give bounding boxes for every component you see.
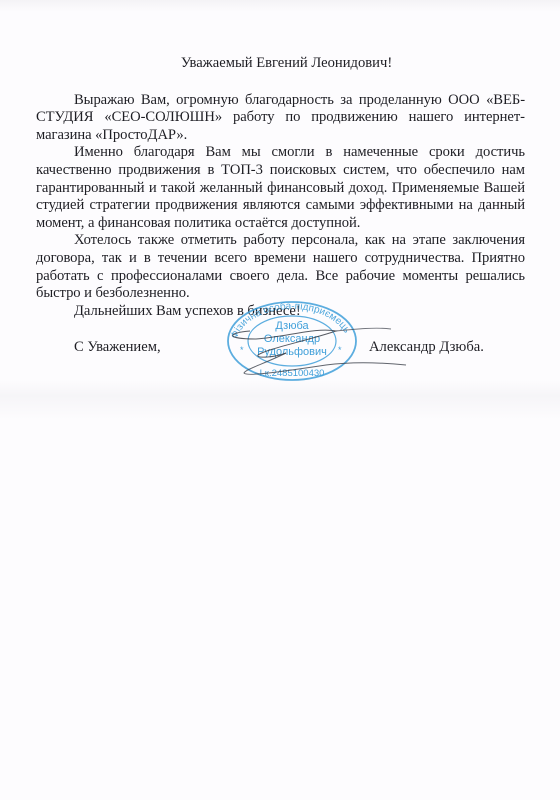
signer-name: Александр Дзюба.: [369, 339, 484, 357]
letter-page: Уважаемый Евгений Леонидович! Выражаю Ва…: [36, 55, 525, 357]
letter-paragraph: Выражаю Вам, огромную благодарность за п…: [36, 92, 525, 145]
closing-phrase: С Уважением,: [74, 339, 161, 357]
signature-block: С Уважением, Фізична особа-підприємець Д…: [36, 339, 525, 357]
letter-greeting: Уважаемый Евгений Леонидович!: [36, 55, 525, 73]
scan-edge-shading: [0, 0, 560, 12]
letter-paragraph: Именно благодаря Вам мы смогли в намечен…: [36, 144, 525, 232]
letter-paragraph: Хотелось также отметить работу персонала…: [36, 232, 525, 302]
